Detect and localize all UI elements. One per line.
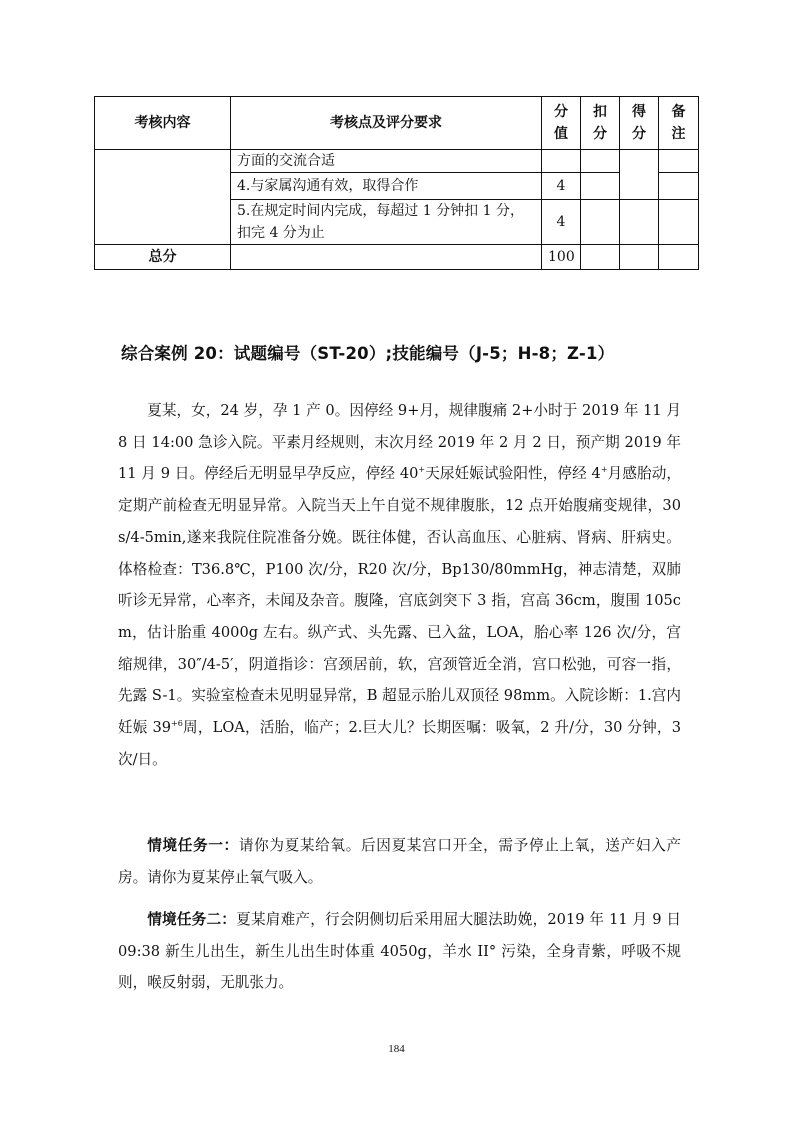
header-score: 得 分 <box>620 97 659 150</box>
scoring-table: 考核内容 考核点及评分要求 分 值 扣 分 得 分 备 注 方面的交流合适 4.… <box>94 96 699 270</box>
task-1-paragraph: 情境任务一：请你为夏某给氧。后因夏某宫口开全，需予停止上氧，送产妇入产房。请你为… <box>118 830 681 893</box>
total-criteria-cell <box>231 245 542 270</box>
header-deduct: 扣 分 <box>581 97 620 150</box>
header-points-top: 分 <box>554 104 568 120</box>
criteria-cell: 方面的交流合适 <box>231 150 542 173</box>
total-row: 总分 100 <box>95 245 699 270</box>
deduct-cell <box>581 150 620 173</box>
header-score-top: 得 <box>632 104 646 120</box>
deduct-cell <box>581 200 620 245</box>
header-criteria: 考核点及评分要求 <box>231 97 542 150</box>
total-label: 总分 <box>95 245 231 270</box>
criteria-cell: 4.与家属沟通有效，取得合作 <box>231 173 542 200</box>
total-points: 100 <box>542 245 581 270</box>
points-cell: 4 <box>542 173 581 200</box>
task-2-label: 情境任务二： <box>147 911 236 928</box>
case-text-part: 天尿妊娠试验阳性，停经 4 <box>425 465 601 482</box>
remarks-cell <box>659 173 699 200</box>
score-cell <box>620 200 659 245</box>
header-deduct-top: 扣 <box>593 104 607 120</box>
case-description: 夏某，女，24 岁，孕 1 产 0。因停经 9+月，规律腹痛 2+小时于 201… <box>118 395 681 775</box>
total-score-cell <box>620 245 659 270</box>
header-score-bottom: 分 <box>632 126 646 142</box>
superscript: +6 <box>171 719 183 728</box>
remarks-cell <box>659 150 699 173</box>
table-header-row: 考核内容 考核点及评分要求 分 值 扣 分 得 分 备 注 <box>95 97 699 150</box>
task-1-label: 情境任务一： <box>147 837 239 854</box>
superscript: + <box>601 465 608 474</box>
remarks-cell <box>659 200 699 245</box>
header-points: 分 值 <box>542 97 581 150</box>
header-remarks-bottom: 注 <box>672 126 686 142</box>
score-cell-merged <box>620 150 659 200</box>
points-cell <box>542 150 581 173</box>
table-row: 方面的交流合适 <box>95 150 699 173</box>
total-remarks-cell <box>659 245 699 270</box>
header-content: 考核内容 <box>95 97 231 150</box>
total-deduct-cell <box>581 245 620 270</box>
header-remarks-top: 备 <box>672 104 686 120</box>
content-cell-merged <box>95 150 231 245</box>
points-cell: 4 <box>542 200 581 245</box>
criteria-cell: 5.在规定时间内完成，每超过 1 分钟扣 1 分，扣完 4 分为止 <box>231 200 542 245</box>
case-text-part: 周，LOA，活胎，临产；2.巨大儿？长期医嘱：吸氧，2 升/分，30 分钟，3 … <box>118 719 681 768</box>
header-remarks: 备 注 <box>659 97 699 150</box>
task-2-paragraph: 情境任务二：夏某肩难产，行会阴侧切后采用屈大腿法助娩，2019 年 11 月 9… <box>118 904 681 999</box>
page-number: 184 <box>0 1043 793 1055</box>
case-title: 综合案例 20：试题编号（ST-20）;技能编号（J-5；H-8；Z-1） <box>121 340 614 364</box>
deduct-cell <box>581 173 620 200</box>
case-text-part: 月感胎动，定期产前检查无明显异常。入院当天上午自觉不规律腹胀，12 点开始腹痛变… <box>118 465 681 736</box>
header-points-bottom: 值 <box>554 126 568 142</box>
header-deduct-bottom: 分 <box>593 126 607 142</box>
